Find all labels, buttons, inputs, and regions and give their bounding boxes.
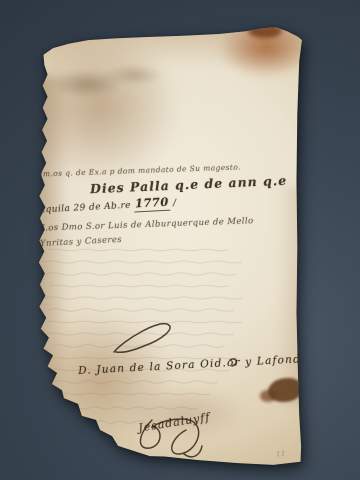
signature-flourish [114,324,170,353]
corner-page-mark: 11 [276,450,286,459]
year-1770: 1770 [134,195,170,213]
date-suffix: / [169,198,176,208]
paper-shadow: am.os q. de Ex.a p dom mandato de Su mag… [34,26,306,468]
manuscript-photograph: am.os q. de Ex.a p dom mandato de Su mag… [0,0,360,480]
manuscript-paper: am.os q. de Ex.a p dom mandato de Su mag… [34,26,306,468]
